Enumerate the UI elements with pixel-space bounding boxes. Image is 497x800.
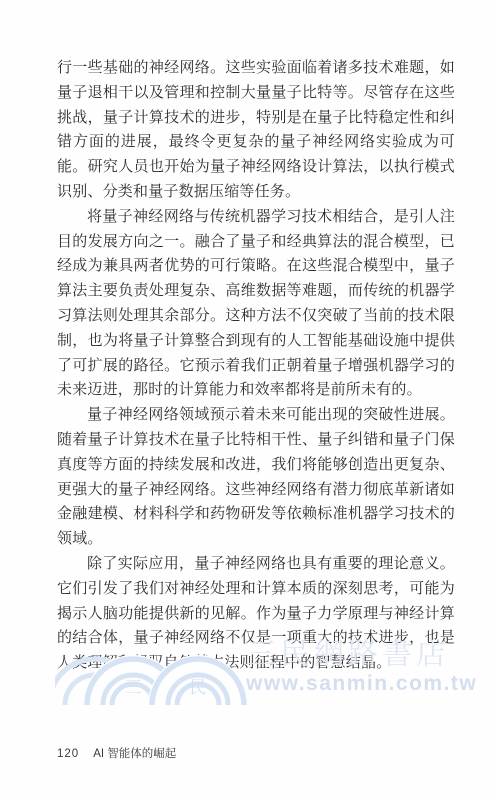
watermark-store-url: www.sanmin.com.tw (246, 673, 477, 695)
paragraph-3: 量子神经网络领域预示着未来可能出现的突破性进展。随着量子计算技术在量子比特相干性… (57, 403, 455, 552)
page-number: 120 (57, 748, 79, 760)
page-content: 行一些基础的神经网络。这些实验面临着诸多技术难题，如量子退相干以及管理和控制大量… (57, 56, 455, 676)
logo-left-char: 三 (125, 678, 142, 697)
paragraph-1: 行一些基础的神经网络。这些实验面临着诸多技术难题，如量子退相干以及管理和控制大量… (57, 56, 455, 205)
paragraph-2: 将量子神经网络与传统机器学习技术相结合，是引人注目的发展方向之一。融合了量子和经… (57, 205, 455, 403)
page-footer: 120 AI 智能体的崛起 (57, 745, 176, 761)
logo-right-char: 民 (190, 678, 207, 697)
book-title: AI 智能体的崛起 (93, 745, 176, 761)
book-page: 行一些基础的神经网络。这些实验面临着诸多技术难题，如量子退相干以及管理和控制大量… (0, 0, 497, 800)
paragraph-4: 除了实际应用，量子神经网络也具有重要的理论意义。它们引发了我们对神经处理和计算本… (57, 552, 455, 676)
